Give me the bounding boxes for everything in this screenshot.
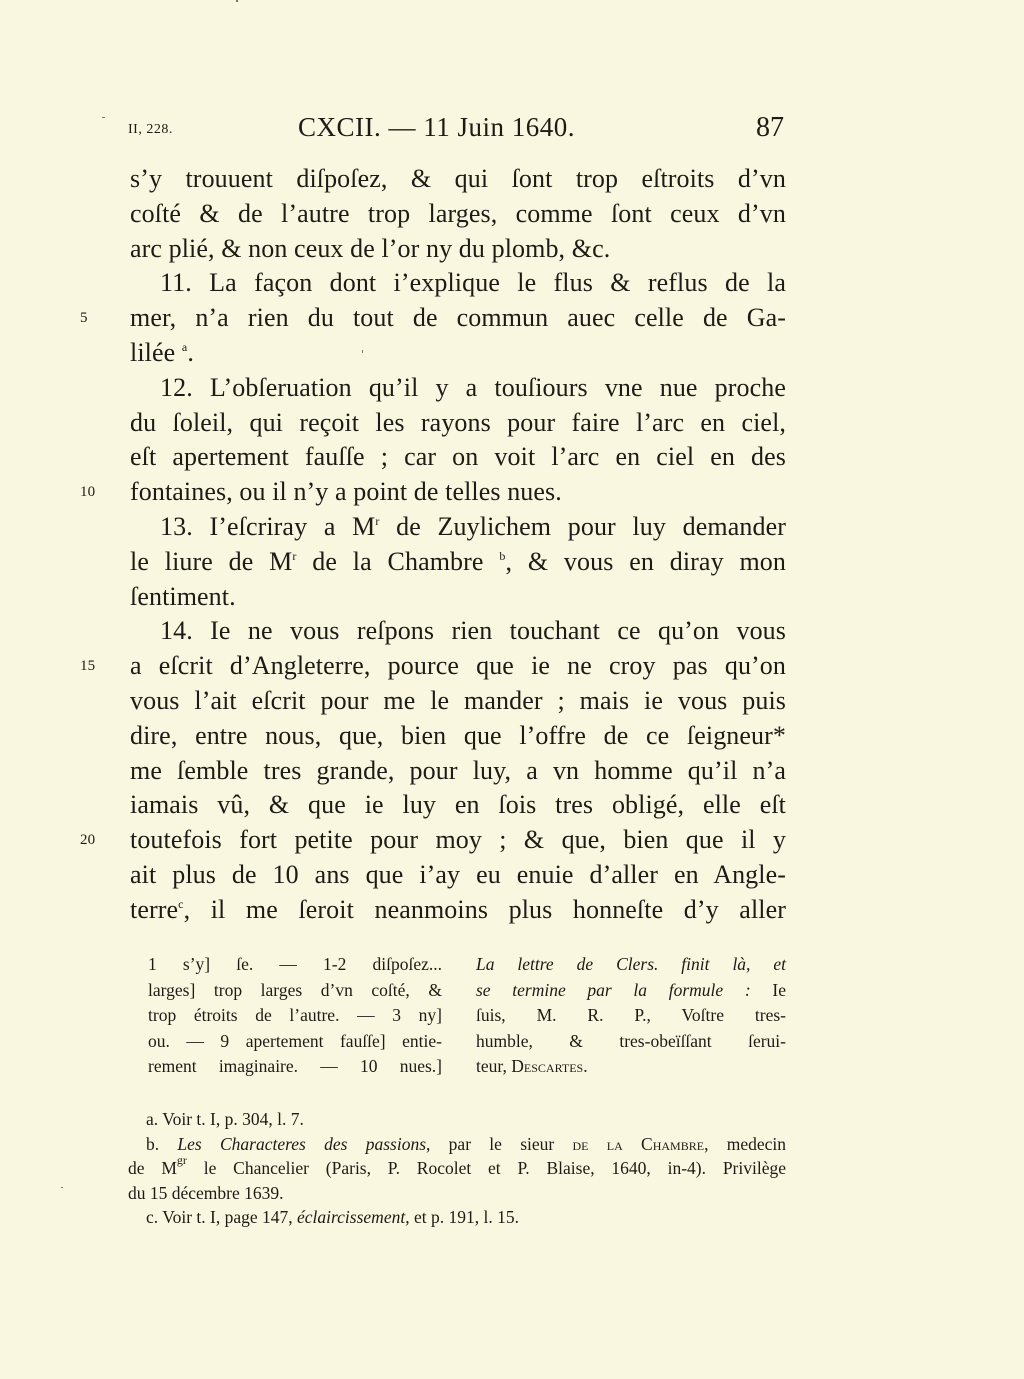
volume-reference: II, 228. [128, 122, 173, 138]
variant-line: larges] trop larges d’vn coſté, & [148, 978, 442, 1004]
signature: Descartes [511, 1056, 583, 1076]
letter-heading: CXCII. — 11 Juin 1640. [298, 112, 575, 143]
text-line: vous l’ait eſcrit pour me le mander ; ma… [130, 684, 786, 719]
variant-line: ſuis, M. R. P., Voſtre tres- [476, 1003, 786, 1029]
variant-readings-right: La lettre de Clers. finit là, et se term… [476, 952, 786, 1080]
text-line: ſentiment. [130, 580, 786, 615]
text-line: le liure de Mr de la Chambre b, & vous e… [130, 545, 786, 580]
line-number: 10 [80, 475, 110, 510]
text-line: 13. I’eſcriray a Mr de Zuylichem pour lu… [130, 510, 786, 545]
text-line: terrec, il me ſeroit neanmoins plus honn… [130, 893, 786, 928]
footnote-c: c. Voir t. I, page 147, éclaircissement,… [128, 1205, 786, 1230]
text-line: 14. Ie ne vous reſpons rien touchant ce … [130, 614, 786, 649]
text-line: lilée a. [130, 336, 786, 371]
variant-line: ou. — 9 apertement fauſſe] entie- [148, 1029, 442, 1055]
variant-line: trop étroits de l’autre. — 3 ny] [148, 1003, 442, 1029]
page-number: 87 [756, 112, 784, 144]
text-line: 10fontaines, ou il n’y a point de telles… [130, 475, 786, 510]
variant-readings-left: 1 s’y] ſe. — 1-2 diſpoſez... larges] tro… [148, 952, 442, 1080]
paper-speck [362, 350, 363, 353]
variant-line: humble, & tres-obeïſſant ſerui- [476, 1029, 786, 1055]
text-line: ait plus de 10 ans que i’ay eu enuie d’a… [130, 858, 786, 893]
text-line: 12. L’obſeruation qu’il y a touſiours vn… [130, 371, 786, 406]
footnotes: a. Voir t. I, p. 304, l. 7. b. Les Chara… [128, 1107, 786, 1230]
text-line: s’y trouuent diſpoſez, & qui ſont trop e… [130, 162, 786, 197]
text-line: eſt apertement fauſſe ; car on voit l’ar… [130, 440, 786, 475]
text-line: me ſemble tres grande, pour luy, a vn ho… [130, 754, 786, 789]
text-line: 20toutefois fort petite pour moy ; & que… [130, 823, 786, 858]
variant-line: 1 s’y] ſe. — 1-2 diſpoſez... [148, 952, 442, 978]
footnote-a: a. Voir t. I, p. 304, l. 7. [128, 1107, 786, 1132]
text-line: arc plié, & non ceux de l’or ny du plomb… [130, 232, 786, 267]
paper-speck [236, 0, 238, 2]
variant-line: teur, Descartes. [476, 1054, 786, 1080]
paper-speck [102, 117, 105, 118]
text-line: iamais vû, & que ie luy en ſois tres obl… [130, 788, 786, 823]
variant-line: se termine par la formule : Ie [476, 978, 786, 1004]
letter-body: s’y trouuent diſpoſez, & qui ſont trop e… [130, 162, 786, 928]
footnote-b-cont: du 15 décembre 1639. [128, 1181, 786, 1206]
book-page: II, 228. CXCII. — 11 Juin 1640. 87 s’y t… [0, 0, 1024, 1379]
paper-speck [61, 1187, 63, 1188]
text-line: 5mer, n’a rien du tout de commun auec ce… [130, 301, 786, 336]
text-line: 11. La façon dont i’explique le flus & r… [130, 266, 786, 301]
text-line: coſté & de l’autre trop larges, comme ſo… [130, 197, 786, 232]
line-number: 20 [80, 823, 110, 858]
footnote-b-cont: de Mgr le Chancelier (Paris, P. Rocolet … [128, 1156, 786, 1181]
line-number: 15 [80, 649, 110, 684]
text-line: 15a eſcrit d’Angleterre, pource que ie n… [130, 649, 786, 684]
variant-line: La lettre de Clers. finit là, et [476, 952, 786, 978]
text-line: du ſoleil, qui reçoit les rayons pour fa… [130, 406, 786, 441]
variant-line: rement imaginaire. — 10 nues.] [148, 1054, 442, 1080]
line-number: 5 [80, 301, 110, 336]
footnote-b: b. Les Characteres des passions, par le … [128, 1132, 786, 1157]
text-line: dire, entre nous, que, bien que l’offre … [130, 719, 786, 754]
